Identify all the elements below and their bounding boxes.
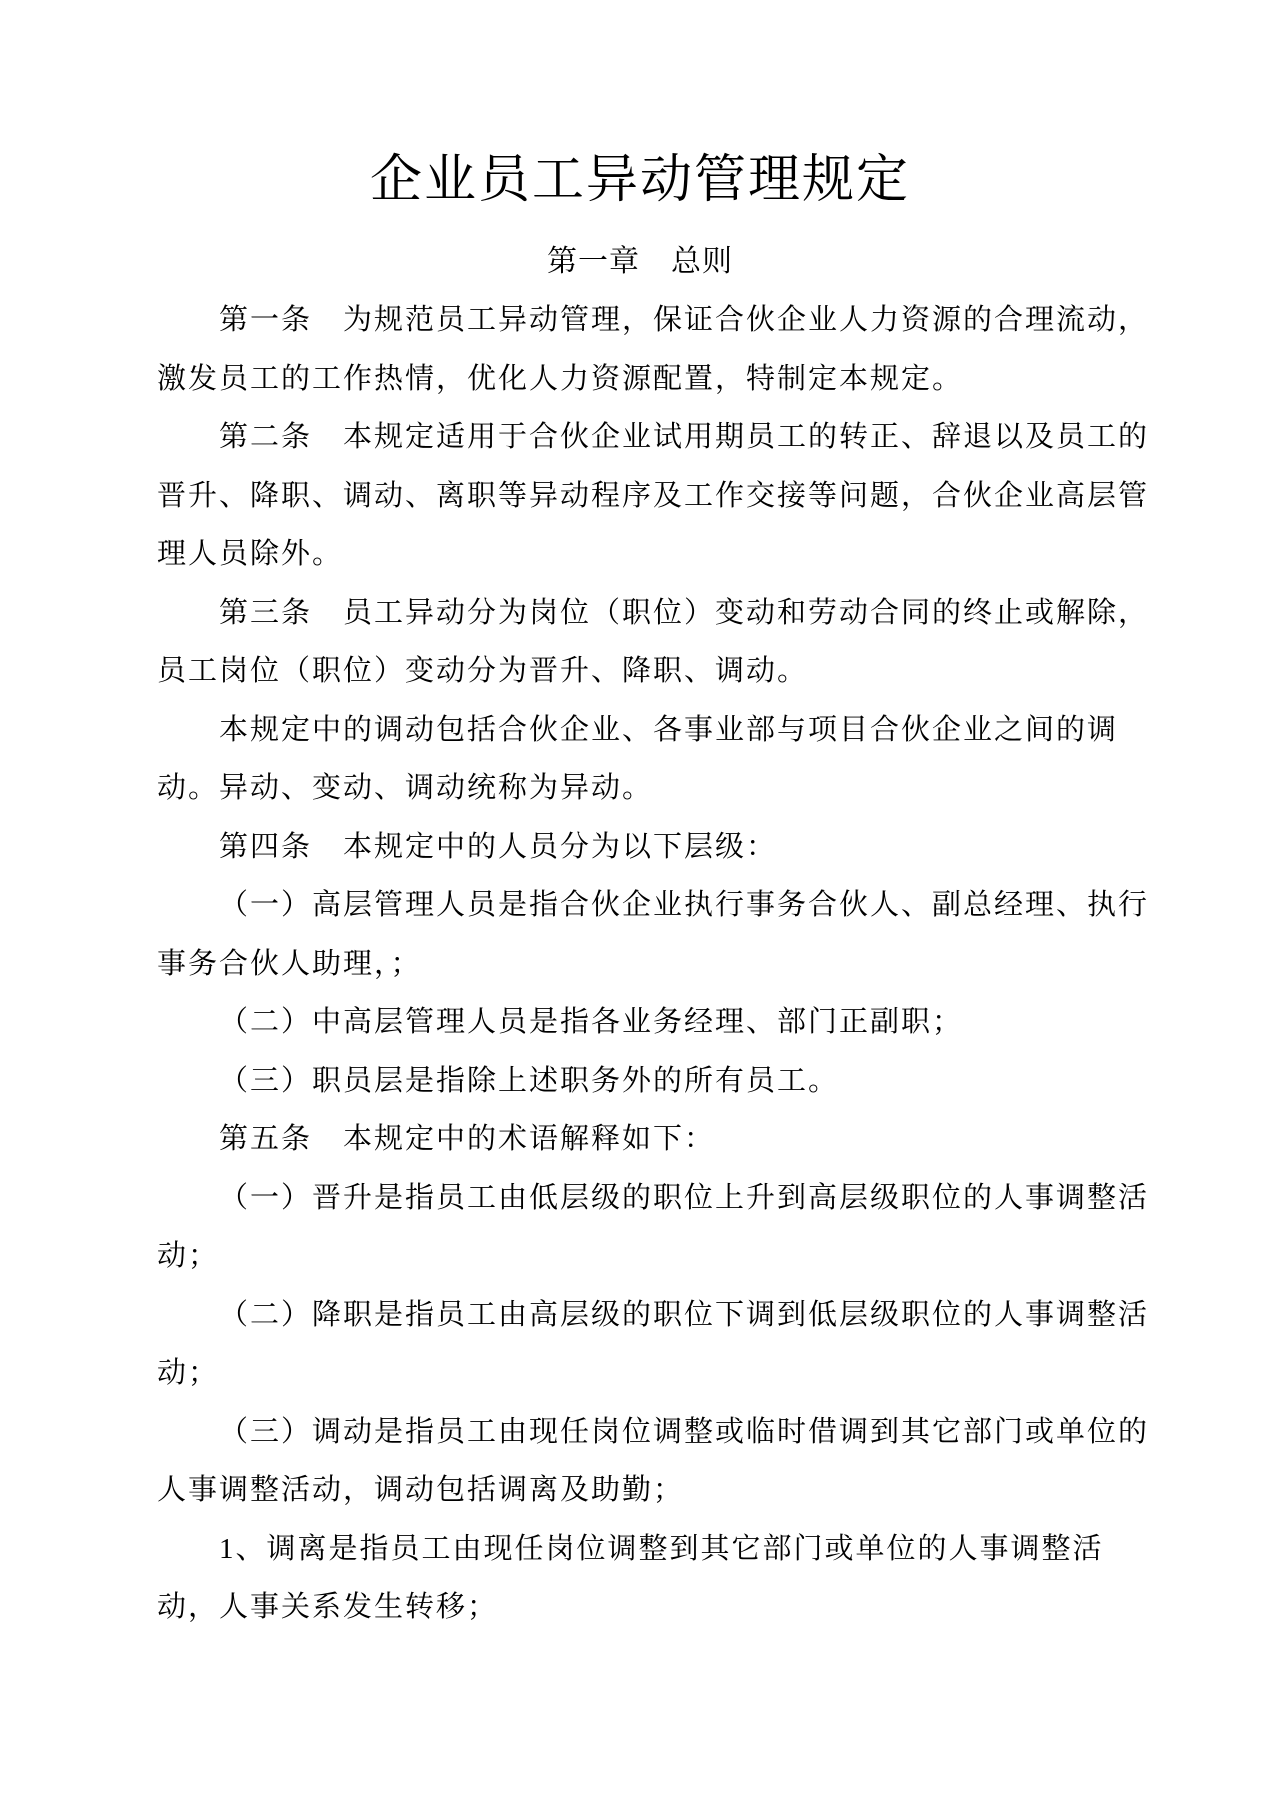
document-line: 第一条 为规范员工异动管理，保证合伙企业人力资源的合理流动，	[157, 291, 1217, 350]
document-line: 激发员工的工作热情，优化人力资源配置，特制定本规定。	[157, 350, 1217, 409]
document-line: 员工岗位（职位）变动分为晋升、降职、调动。	[157, 642, 1217, 701]
document-line: （一）晋升是指员工由低层级的职位上升到高层级职位的人事调整活	[157, 1169, 1217, 1228]
document-line: （三）调动是指员工由现任岗位调整或临时借调到其它部门或单位的	[157, 1403, 1217, 1462]
document-line: 本规定中的调动包括合伙企业、各事业部与项目合伙企业之间的调	[157, 701, 1217, 760]
document-line: 人事调整活动，调动包括调离及助勤；	[157, 1461, 1217, 1520]
document-line: （二）降职是指员工由高层级的职位下调到低层级职位的人事调整活	[157, 1286, 1217, 1345]
document-line: 第五条 本规定中的术语解释如下：	[157, 1110, 1217, 1169]
document-line: 晋升、降职、调动、离职等异动程序及工作交接等问题，合伙企业高层管	[157, 467, 1217, 526]
document-line: 动；	[157, 1344, 1217, 1403]
document-line: 理人员除外。	[157, 525, 1217, 584]
chapter-heading: 第一章 总则	[0, 245, 1280, 279]
document-line: 事务合伙人助理，；	[157, 935, 1217, 994]
document-line: 1、调离是指员工由现任岗位调整到其它部门或单位的人事调整活	[157, 1520, 1217, 1579]
document-line: （一）高层管理人员是指合伙企业执行事务合伙人、副总经理、执行	[157, 876, 1217, 935]
document-body: 第一条 为规范员工异动管理，保证合伙企业人力资源的合理流动， 激发员工的工作热情…	[157, 291, 1217, 1637]
document-line: （二）中高层管理人员是指各业务经理、部门正副职；	[157, 993, 1217, 1052]
document-page: 企业员工异动管理规定 第一章 总则 第一条 为规范员工异动管理，保证合伙企业人力…	[0, 0, 1280, 1810]
document-line: 第二条 本规定适用于合伙企业试用期员工的转正、辞退以及员工的	[157, 408, 1217, 467]
document-title: 企业员工异动管理规定	[0, 148, 1280, 214]
document-line: 动，人事关系发生转移；	[157, 1578, 1217, 1637]
document-line: 动；	[157, 1227, 1217, 1286]
document-line: （三）职员层是指除上述职务外的所有员工。	[157, 1052, 1217, 1111]
document-line: 动。异动、变动、调动统称为异动。	[157, 759, 1217, 818]
document-line: 第四条 本规定中的人员分为以下层级：	[157, 818, 1217, 877]
document-line: 第三条 员工异动分为岗位（职位）变动和劳动合同的终止或解除，	[157, 584, 1217, 643]
